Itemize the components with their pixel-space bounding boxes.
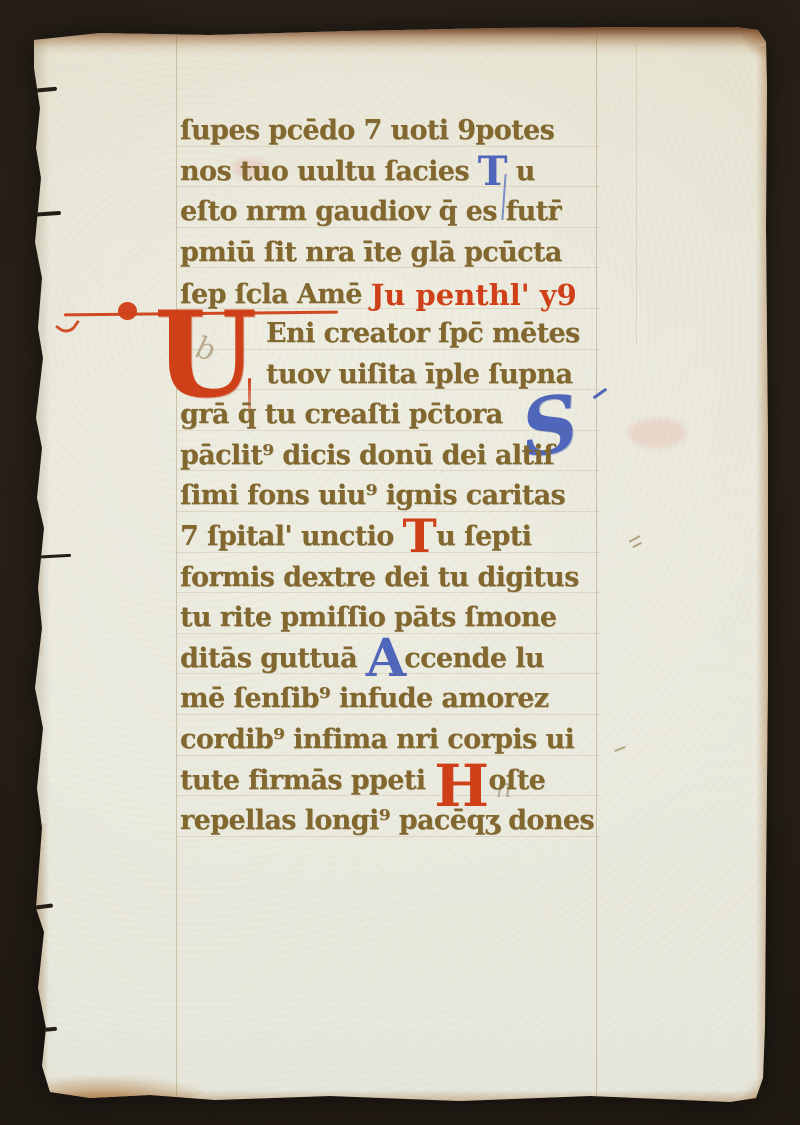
photo-backdrop: U b S h ſupes pcēdo 7 uoti 9potesnos tuo… (0, 0, 800, 1125)
manuscript-leaf: U b S h ſupes pcēdo 7 uoti 9potesnos tuo… (30, 26, 768, 1104)
text-line: formis dextre dei tu digitus (180, 558, 650, 599)
text-segment: repellas longi⁹ pacēqʒ dones (180, 805, 594, 836)
text-line: pmiū ſit nra īte glā pcūcta (180, 233, 650, 274)
text-line: eſto nrm gaudiov q̄ es futr̄ (180, 192, 650, 233)
text-segment: cordib⁹ infima nri corpis ui (180, 724, 574, 755)
toned-right-edge (756, 46, 768, 1104)
top-right-corner-stain (736, 26, 768, 64)
text-segment: nos tuo uultu ſacies (180, 156, 478, 187)
text-segment: oſte (488, 765, 545, 796)
text-line: ſupes pcēdo 7 uoti 9potes (180, 111, 650, 152)
text-segment: tuov uiſita īple ſupna (266, 359, 572, 390)
text-segment: tute firmās ppeti (180, 765, 434, 796)
text-segment: ditās guttuā (180, 643, 366, 674)
leaf-shadow-wrap: U b S h ſupes pcēdo 7 uoti 9potesnos tuo… (30, 26, 768, 1104)
text-line: nos tuo uultu ſacies T u (180, 152, 650, 193)
text-line: repellas longi⁹ pacēqʒ dones (180, 801, 650, 842)
text-segment: grā q̄ tu creaſti pc̄tora (180, 399, 503, 430)
text-segment: u ſepti (436, 521, 531, 552)
text-block: ſupes pcēdo 7 uoti 9potesnos tuo uultu ſ… (180, 111, 650, 842)
text-segment: Ju penthl' y9 (371, 278, 577, 312)
toned-top-edge (30, 26, 768, 56)
text-segment: mē ſenſib⁹ infude amorez (180, 683, 549, 714)
initial-u-flourish-dot (118, 302, 137, 320)
text-segment: eſto nrm gaudiov q̄ es futr̄ (180, 196, 561, 227)
text-segment: ſimi fons uiu⁹ ignis caritas (180, 480, 565, 511)
versal-initial: T (478, 148, 507, 195)
text-segment: ccende lu (404, 643, 544, 674)
versal-initial: T (402, 509, 436, 563)
text-line: ſep ſcla Amē Ju penthl' y9 (180, 273, 650, 314)
text-segment: pmiū ſit nra īte glā pcūcta (180, 237, 562, 268)
text-line: ditās guttuā Accende lu (180, 639, 650, 680)
text-line: tute firmās ppeti Hoſte (180, 761, 650, 802)
text-line: mē ſenſib⁹ infude amorez (180, 679, 650, 720)
text-segment: u (507, 156, 535, 187)
text-segment: Eni creator ſpc̄ mētes (266, 318, 580, 349)
text-segment: 7 ſpital' unctio (180, 521, 402, 552)
text-line: grā q̄ tu creaſti pc̄tora (180, 395, 650, 436)
ruling-line-left (176, 26, 177, 1104)
text-line: tuov uiſita īple ſupna (180, 355, 650, 396)
text-line: cordib⁹ infima nri corpis ui (180, 720, 650, 761)
bottom-right-corner-stain (738, 1074, 768, 1104)
text-line: Eni creator ſpc̄ mētes (180, 314, 650, 355)
text-segment: formis dextre dei tu digitus (180, 562, 579, 593)
left-edge-stain-mid (30, 526, 44, 656)
text-segment: pāclit⁹ dicis donū dei altiſ (180, 440, 554, 471)
edge-slit (27, 1027, 57, 1034)
text-line: 7 ſpital' unctio Tu ſepti (180, 517, 650, 558)
text-segment: ſupes pcēdo 7 uoti 9potes (180, 115, 554, 146)
text-segment: ſep ſcla Amē (180, 279, 371, 310)
left-edge-stain (30, 824, 48, 1104)
bottom-left-stain (46, 1068, 206, 1104)
text-line: tu rite pmiſſio pāts ſmone (180, 598, 650, 639)
text-line: pāclit⁹ dicis donū dei altiſ (180, 436, 650, 477)
